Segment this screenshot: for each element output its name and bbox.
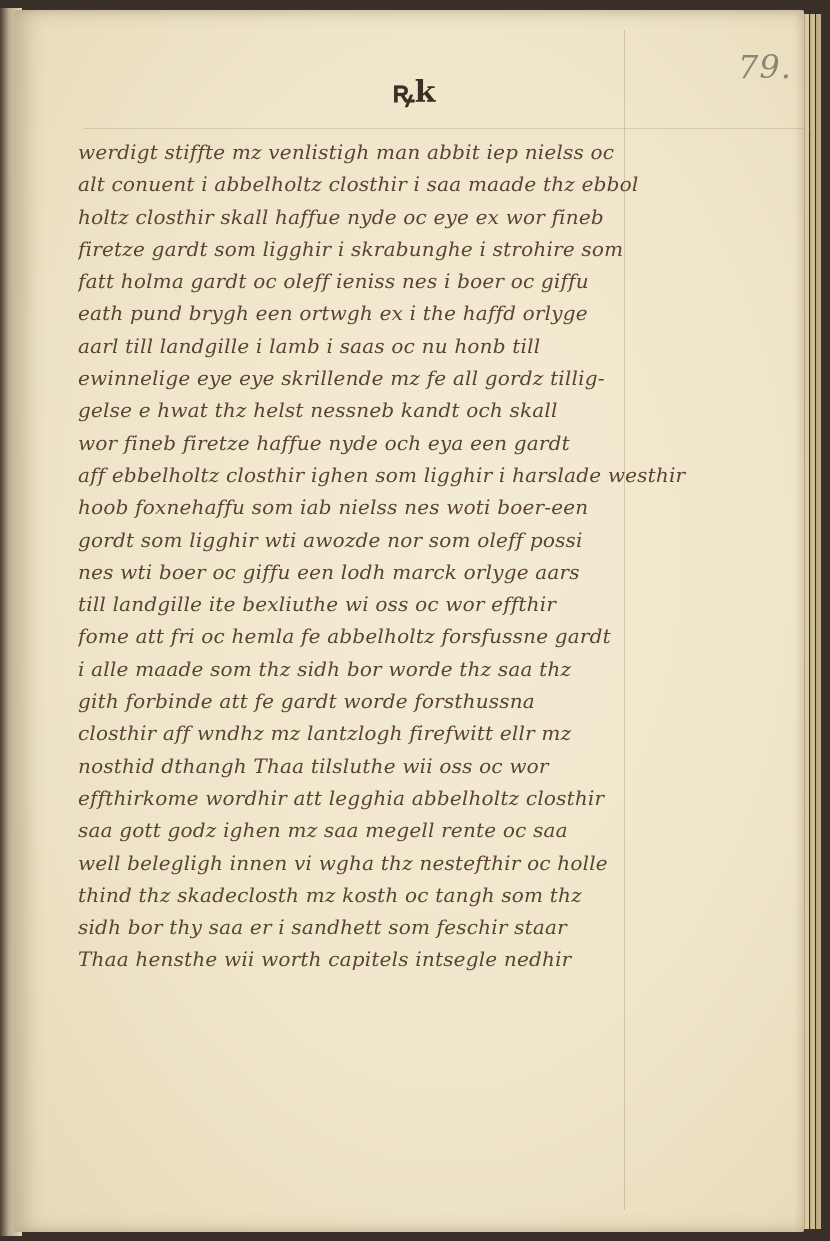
book-scan: 79. ꝶk werdigt stiffte mz venlistigh man… (0, 0, 830, 1241)
text-line: saa gott godz ighen mz saa megell rente … (78, 814, 698, 846)
text-line: thind thz skadeclosth mz kosth oc tangh … (78, 879, 698, 911)
text-line: aff ebbelholtz closthir ighen som ligghi… (78, 459, 698, 491)
text-line: wor fineb firetze haffue nyde och eya ee… (78, 427, 698, 459)
text-line: werdigt stiffte mz venlistigh man abbit … (78, 136, 698, 168)
manuscript-text-block: werdigt stiffte mz venlistigh man abbit … (78, 136, 698, 976)
text-line: gelse e hwat thz helst nessneb kandt och… (78, 394, 698, 426)
text-line: closthir aff wndhz mz lantzlogh firefwit… (78, 717, 698, 749)
ruling-line (84, 128, 814, 129)
page-stack-edge (816, 14, 821, 1229)
text-line: sidh bor thy saa er i sandhett som fesch… (78, 911, 698, 943)
text-line: Thaa hensthe wii worth capitels intsegle… (78, 943, 698, 975)
heading-abbreviation-mark: ꝶk (392, 70, 435, 111)
text-line: nosthid dthangh Thaa tilsluthe wii oss o… (78, 750, 698, 782)
text-line: gith forbinde att fe gardt worde forsthu… (78, 685, 698, 717)
text-line: fatt holma gardt oc oleff ieniss nes i b… (78, 265, 698, 297)
text-line: well belegligh innen vi wgha thz nesteft… (78, 847, 698, 879)
text-line: gordt som ligghir wti awozde nor som ole… (78, 524, 698, 556)
folio-number: 79. (738, 48, 792, 86)
page-stack-edge (810, 14, 815, 1229)
text-line: holtz closthir skall haffue nyde oc eye … (78, 201, 698, 233)
text-line: effthirkome wordhir att legghia abbelhol… (78, 782, 698, 814)
text-line: alt conuent i abbelholtz closthir i saa … (78, 168, 698, 200)
text-line: eath pund brygh een ortwgh ex i the haff… (78, 297, 698, 329)
text-line: i alle maade som thz sidh bor worde thz … (78, 653, 698, 685)
text-line: aarl till landgille i lamb i saas oc nu … (78, 330, 698, 362)
text-line: nes wti boer oc giffu een lodh marck orl… (78, 556, 698, 588)
text-line: ewinnelige eye eye skrillende mz fe all … (78, 362, 698, 394)
manuscript-page: 79. ꝶk werdigt stiffte mz venlistigh man… (14, 10, 804, 1232)
text-line: firetze gardt som ligghir i skrabunghe i… (78, 233, 698, 265)
text-line: fome att fri oc hemla fe abbelholtz fors… (78, 620, 698, 652)
text-line: hoob foxnehaffu som iab nielss nes woti … (78, 491, 698, 523)
text-line: till landgille ite bexliuthe wi oss oc w… (78, 588, 698, 620)
page-stack-edge (804, 14, 809, 1229)
